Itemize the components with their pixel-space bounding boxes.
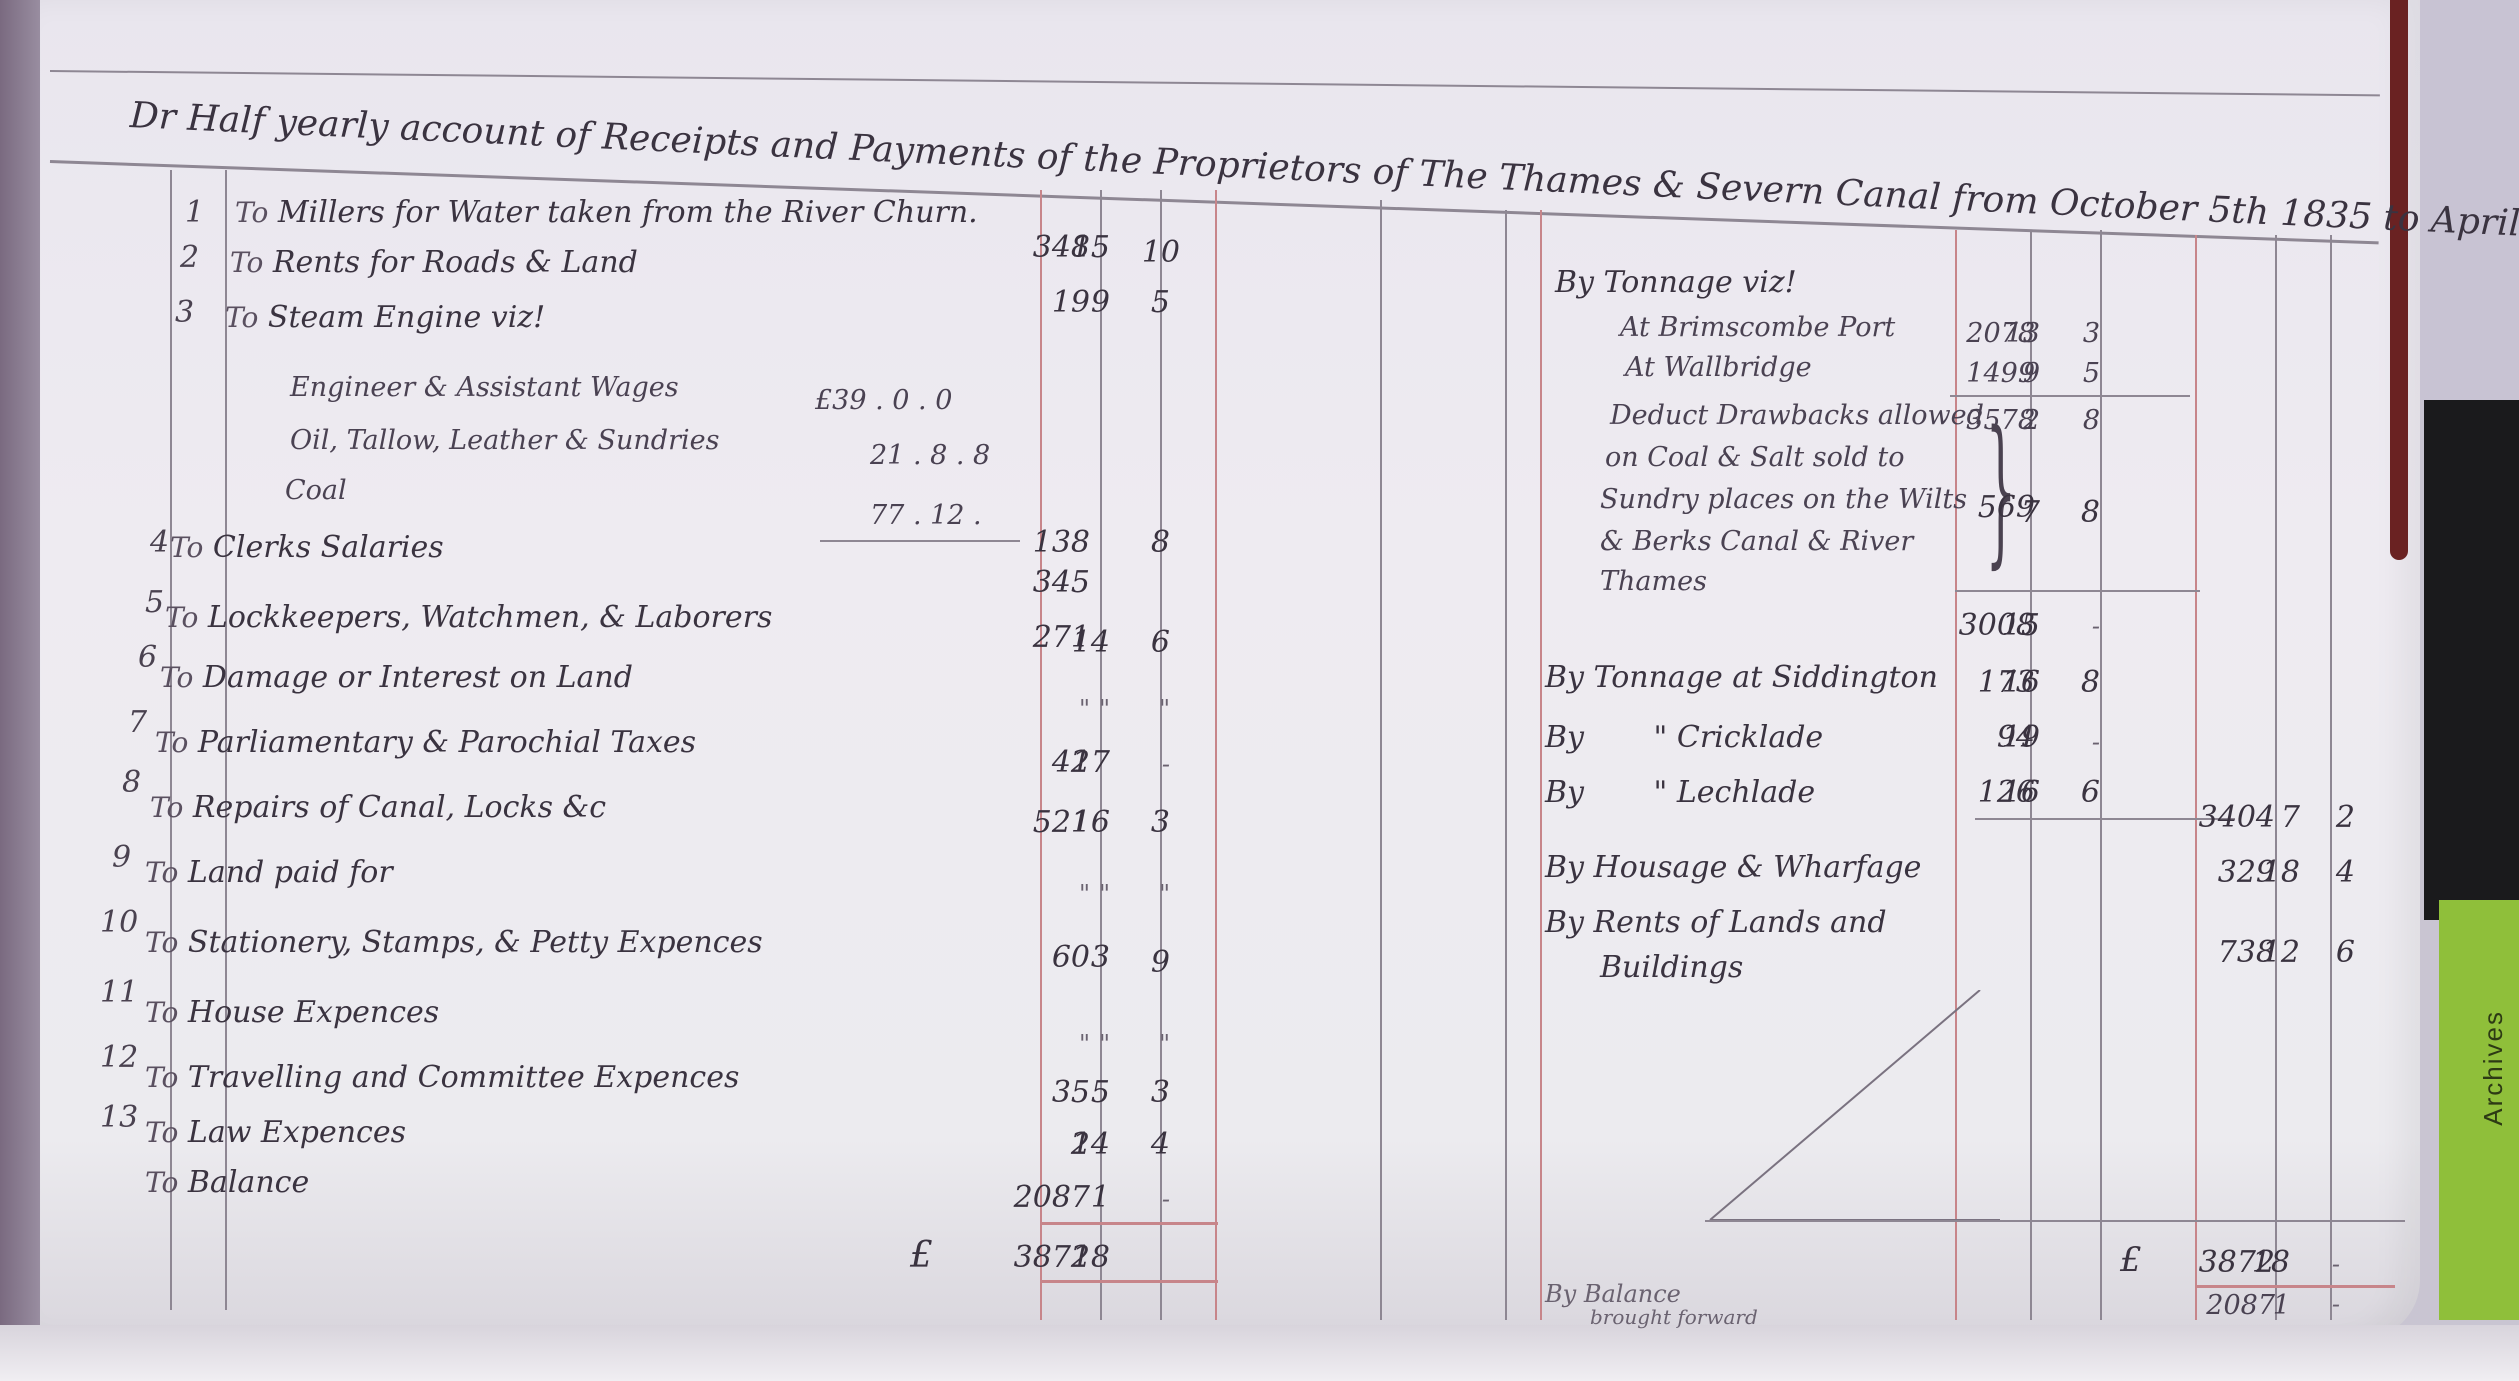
debit-pence: ": [1120, 695, 1170, 723]
credit-outer-pence-rule: [2330, 235, 2332, 1320]
deduct-line: & Berks Canal & River: [1600, 526, 1913, 557]
debit-item-label: To Law Expences: [145, 1115, 406, 1150]
item-number: 13: [100, 1100, 138, 1135]
debit-pence: 10: [1110, 235, 1180, 270]
credit-shillings: 19: [1990, 720, 2040, 755]
net-tonnage-pence: -: [2050, 612, 2100, 640]
debit-item-label: To Balance: [145, 1165, 309, 1200]
debit-pence: 3: [1120, 1075, 1170, 1110]
credit-pence: -: [2050, 728, 2100, 756]
credit-outer-shilling-rule: [2275, 235, 2277, 1320]
debit-item-label: To House Expences: [145, 995, 439, 1030]
credit-item-label: By " Lechlade: [1545, 775, 1815, 810]
book-binding: [2390, 0, 2408, 560]
debit-balance-pence: -: [1120, 1185, 1170, 1213]
housage-shillings: 18: [2250, 855, 2300, 890]
credit-inner-pence-rule: [2100, 230, 2102, 1320]
tonnage-total-shillings: 7: [2250, 800, 2300, 835]
steam-engine-subtotal: 77 . 12 .: [870, 500, 982, 531]
credit-item-label: By Tonnage at Siddington: [1545, 660, 1938, 695]
debit-shillings: 3: [1060, 940, 1110, 975]
credit-pence: 3: [2050, 318, 2100, 349]
tonnage-sum-pence: 8: [2050, 405, 2100, 436]
tonnage-header: By Tonnage viz!: [1555, 265, 1797, 300]
credit-pence: 8: [2050, 665, 2100, 700]
debit-pence: 8: [1120, 525, 1170, 560]
deduct-line: Thames: [1600, 566, 1707, 597]
debit-pence: 3: [1120, 805, 1170, 840]
blank-col-rule-1: [1380, 200, 1382, 1320]
balance-sublabel: brought forward: [1590, 1305, 1758, 1329]
tonnage-location: At Brimscombe Port: [1620, 312, 1895, 343]
diagonal-filler-line: [1700, 990, 2000, 1230]
steam-engine-sub-value: £39 . 0 . 0: [815, 385, 952, 416]
net-tonnage-shillings: 15: [1990, 608, 2040, 643]
debit-shillings: 17: [1060, 745, 1110, 780]
debit-pence: 6: [1120, 625, 1170, 660]
debit-pence: 5: [1120, 285, 1170, 320]
balance-pence: -: [2290, 1290, 2340, 1318]
background-dark-object: [2424, 400, 2519, 920]
rents-shillings: 12: [2250, 935, 2300, 970]
debit-shillings: 14: [1060, 625, 1110, 660]
item-number: 12: [100, 1040, 138, 1075]
deduct-pence: 8: [2050, 495, 2100, 530]
debit-pence: 9: [1120, 945, 1170, 980]
balance-label: By Balance: [1545, 1280, 1681, 1308]
steam-engine-sub-label: Engineer & Assistant Wages: [290, 372, 679, 403]
debit-pence: 4: [1120, 1127, 1170, 1162]
page-edge: [0, 1325, 2519, 1381]
deduct-shillings: 7: [1990, 495, 2040, 530]
deduct-line: on Coal & Salt sold to: [1605, 442, 1904, 473]
debit-shillings: ": [1060, 880, 1110, 908]
credit-shillings: 16: [1990, 665, 2040, 700]
credit-total-shillings: 18: [2240, 1245, 2290, 1280]
debit-pounds: 345: [1000, 565, 1090, 600]
debit-shillings: 14: [1060, 1127, 1110, 1162]
debit-item-label: To Millers for Water taken from the Rive…: [235, 195, 978, 230]
debit-shillings: 15: [1050, 230, 1110, 265]
debit-total-rule-bottom: [1040, 1280, 1218, 1283]
debit-item-label: To Land paid for: [145, 855, 393, 890]
tonnage-total-pence: 2: [2305, 800, 2355, 835]
debit-item-label: To Repairs of Canal, Locks &c: [150, 790, 606, 825]
debit-pence: ": [1120, 1030, 1170, 1058]
debit-shillings: 5: [1060, 1075, 1110, 1110]
debit-item-label: To Travelling and Committee Expences: [145, 1060, 739, 1095]
balance-shillings: 1: [2240, 1290, 2290, 1321]
item-number: 5: [145, 585, 164, 620]
credit-bottom-rule: [1705, 1220, 2405, 1222]
credit-shillings: 16: [1990, 775, 2040, 810]
item-number: 9: [112, 840, 131, 875]
credit-item-label: By Housage & Wharfage: [1545, 850, 1921, 885]
debit-item-label: To Steam Engine viz!: [225, 300, 545, 335]
blank-col-rule-2: [1505, 210, 1507, 1320]
archives-label: Archives: [2478, 1010, 2509, 1126]
credit-left-rule: [1540, 210, 1542, 1320]
debit-item-label: To Clerks Salaries: [170, 530, 444, 565]
item-number: 4: [150, 525, 169, 560]
deduct-line: Sundry places on the Wilts: [1600, 484, 1967, 515]
subtotal-rule: [820, 540, 1020, 542]
item-number: 7: [128, 705, 147, 740]
tonnage-location: At Wallbridge: [1625, 352, 1812, 383]
credit-pence: 6: [2050, 775, 2100, 810]
debit-pence: -: [1120, 750, 1170, 778]
debit-item-label: To Stationery, Stamps, & Petty Expences: [145, 925, 763, 960]
housage-pence: 4: [2305, 855, 2355, 890]
credit-total-symbol: £: [2120, 1240, 2142, 1280]
debit-shillings: 16: [1060, 805, 1110, 840]
steam-engine-sub-value: 21 . 8 . 8: [870, 440, 990, 471]
credit-pence: 5: [2050, 358, 2100, 389]
item-number: 6: [138, 640, 157, 675]
credit-item-label: By Rents of Lands and: [1545, 905, 1887, 940]
debit-shillings: ": [1060, 1030, 1110, 1058]
steam-engine-sub-label: Coal: [285, 475, 347, 506]
item-number: 1: [185, 195, 204, 230]
debit-end-rule: [1215, 190, 1217, 1320]
debit-item-label: To Lockkeepers, Watchmen, & Laborers: [165, 600, 772, 635]
item-number: 8: [122, 765, 141, 800]
credit-item-label: By " Cricklade: [1545, 720, 1823, 755]
debit-item-label: To Parliamentary & Parochial Taxes: [155, 725, 696, 760]
debit-total-symbol: £: [910, 1235, 933, 1276]
item-number: 2: [180, 240, 199, 275]
debit-shillings: 9: [1060, 285, 1110, 320]
credit-shillings: 13: [1990, 318, 2040, 349]
item-number: 3: [175, 295, 194, 330]
credit-shillings: 9: [1990, 358, 2040, 389]
debit-total-shillings: 18: [1060, 1240, 1110, 1275]
debit-total-rule-top: [1040, 1222, 1218, 1225]
debit-pence: ": [1120, 880, 1170, 908]
debit-pounds: 138: [1000, 525, 1090, 560]
rents-pence: 6: [2305, 935, 2355, 970]
credit-outer-pound-rule: [2195, 235, 2197, 1320]
net-tonnage-rule: [1955, 590, 2200, 592]
steam-engine-sub-label: Oil, Tallow, Leather & Sundries: [290, 425, 719, 456]
deduct-line: Deduct Drawbacks allowed: [1610, 400, 1984, 431]
debit-balance-shillings: 1: [1060, 1180, 1110, 1215]
credit-total-pence: -: [2290, 1250, 2340, 1278]
debit-item-label: To Rents for Roads & Land: [230, 245, 638, 280]
debit-shillings: ": [1060, 695, 1110, 723]
debit-item-label: To Damage or Interest on Land: [160, 660, 633, 695]
credit-total-rule: [2195, 1285, 2395, 1288]
item-number: 10: [100, 905, 138, 940]
item-number: 11: [100, 975, 138, 1010]
credit-item-label-line2: Buildings: [1600, 950, 1743, 985]
